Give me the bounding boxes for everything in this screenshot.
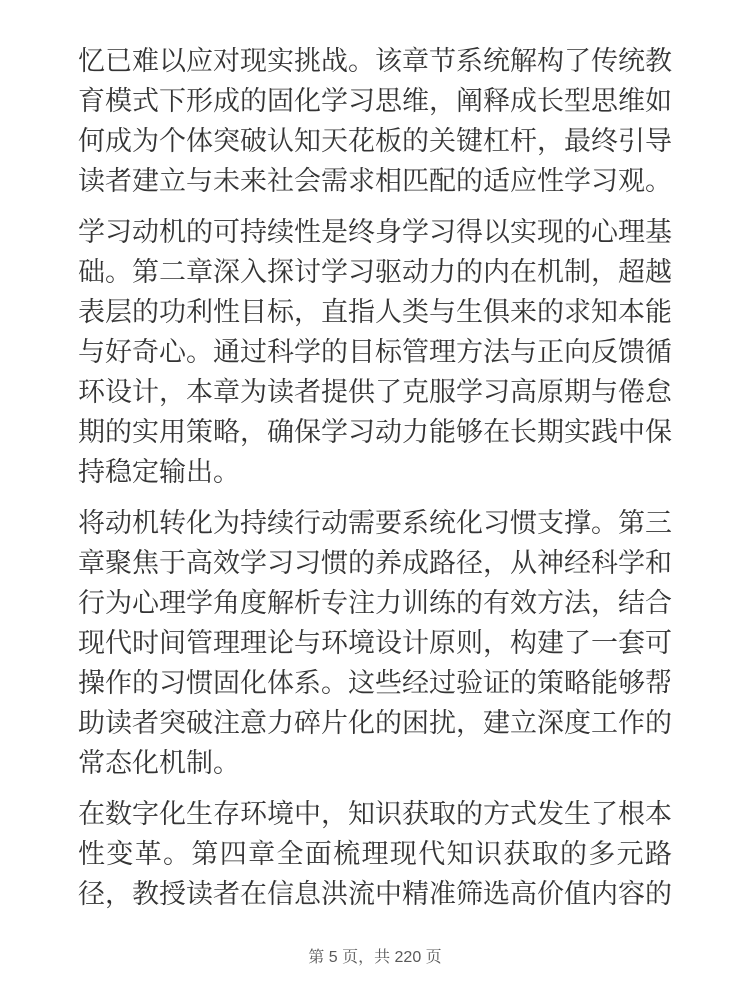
paragraph-3: 将动机转化为持续行动需要系统化习惯支撑。第三章聚焦于高效学习习惯的养成路径，从神…	[78, 503, 672, 783]
page-text-block: 忆已难以应对现实挑战。该章节系统解构了传统教育模式下形成的固化学习思维，阐释成长…	[78, 41, 672, 914]
page-footer: 第 5 页，共 220 页	[0, 948, 750, 968]
paragraph-1: 忆已难以应对现实挑战。该章节系统解构了传统教育模式下形成的固化学习思维，阐释成长…	[78, 41, 672, 201]
document-page: 忆已难以应对现实挑战。该章节系统解构了传统教育模式下形成的固化学习思维，阐释成长…	[0, 0, 750, 1000]
paragraph-2: 学习动机的可持续性是终身学习得以实现的心理基础。第二章深入探讨学习驱动力的内在机…	[78, 212, 672, 492]
page-number-label: 第 5 页，共 220 页	[308, 949, 441, 966]
paragraph-4: 在数字化生存环境中，知识获取的方式发生了根本性变革。第四章全面梳理现代知识获取的…	[78, 794, 672, 914]
